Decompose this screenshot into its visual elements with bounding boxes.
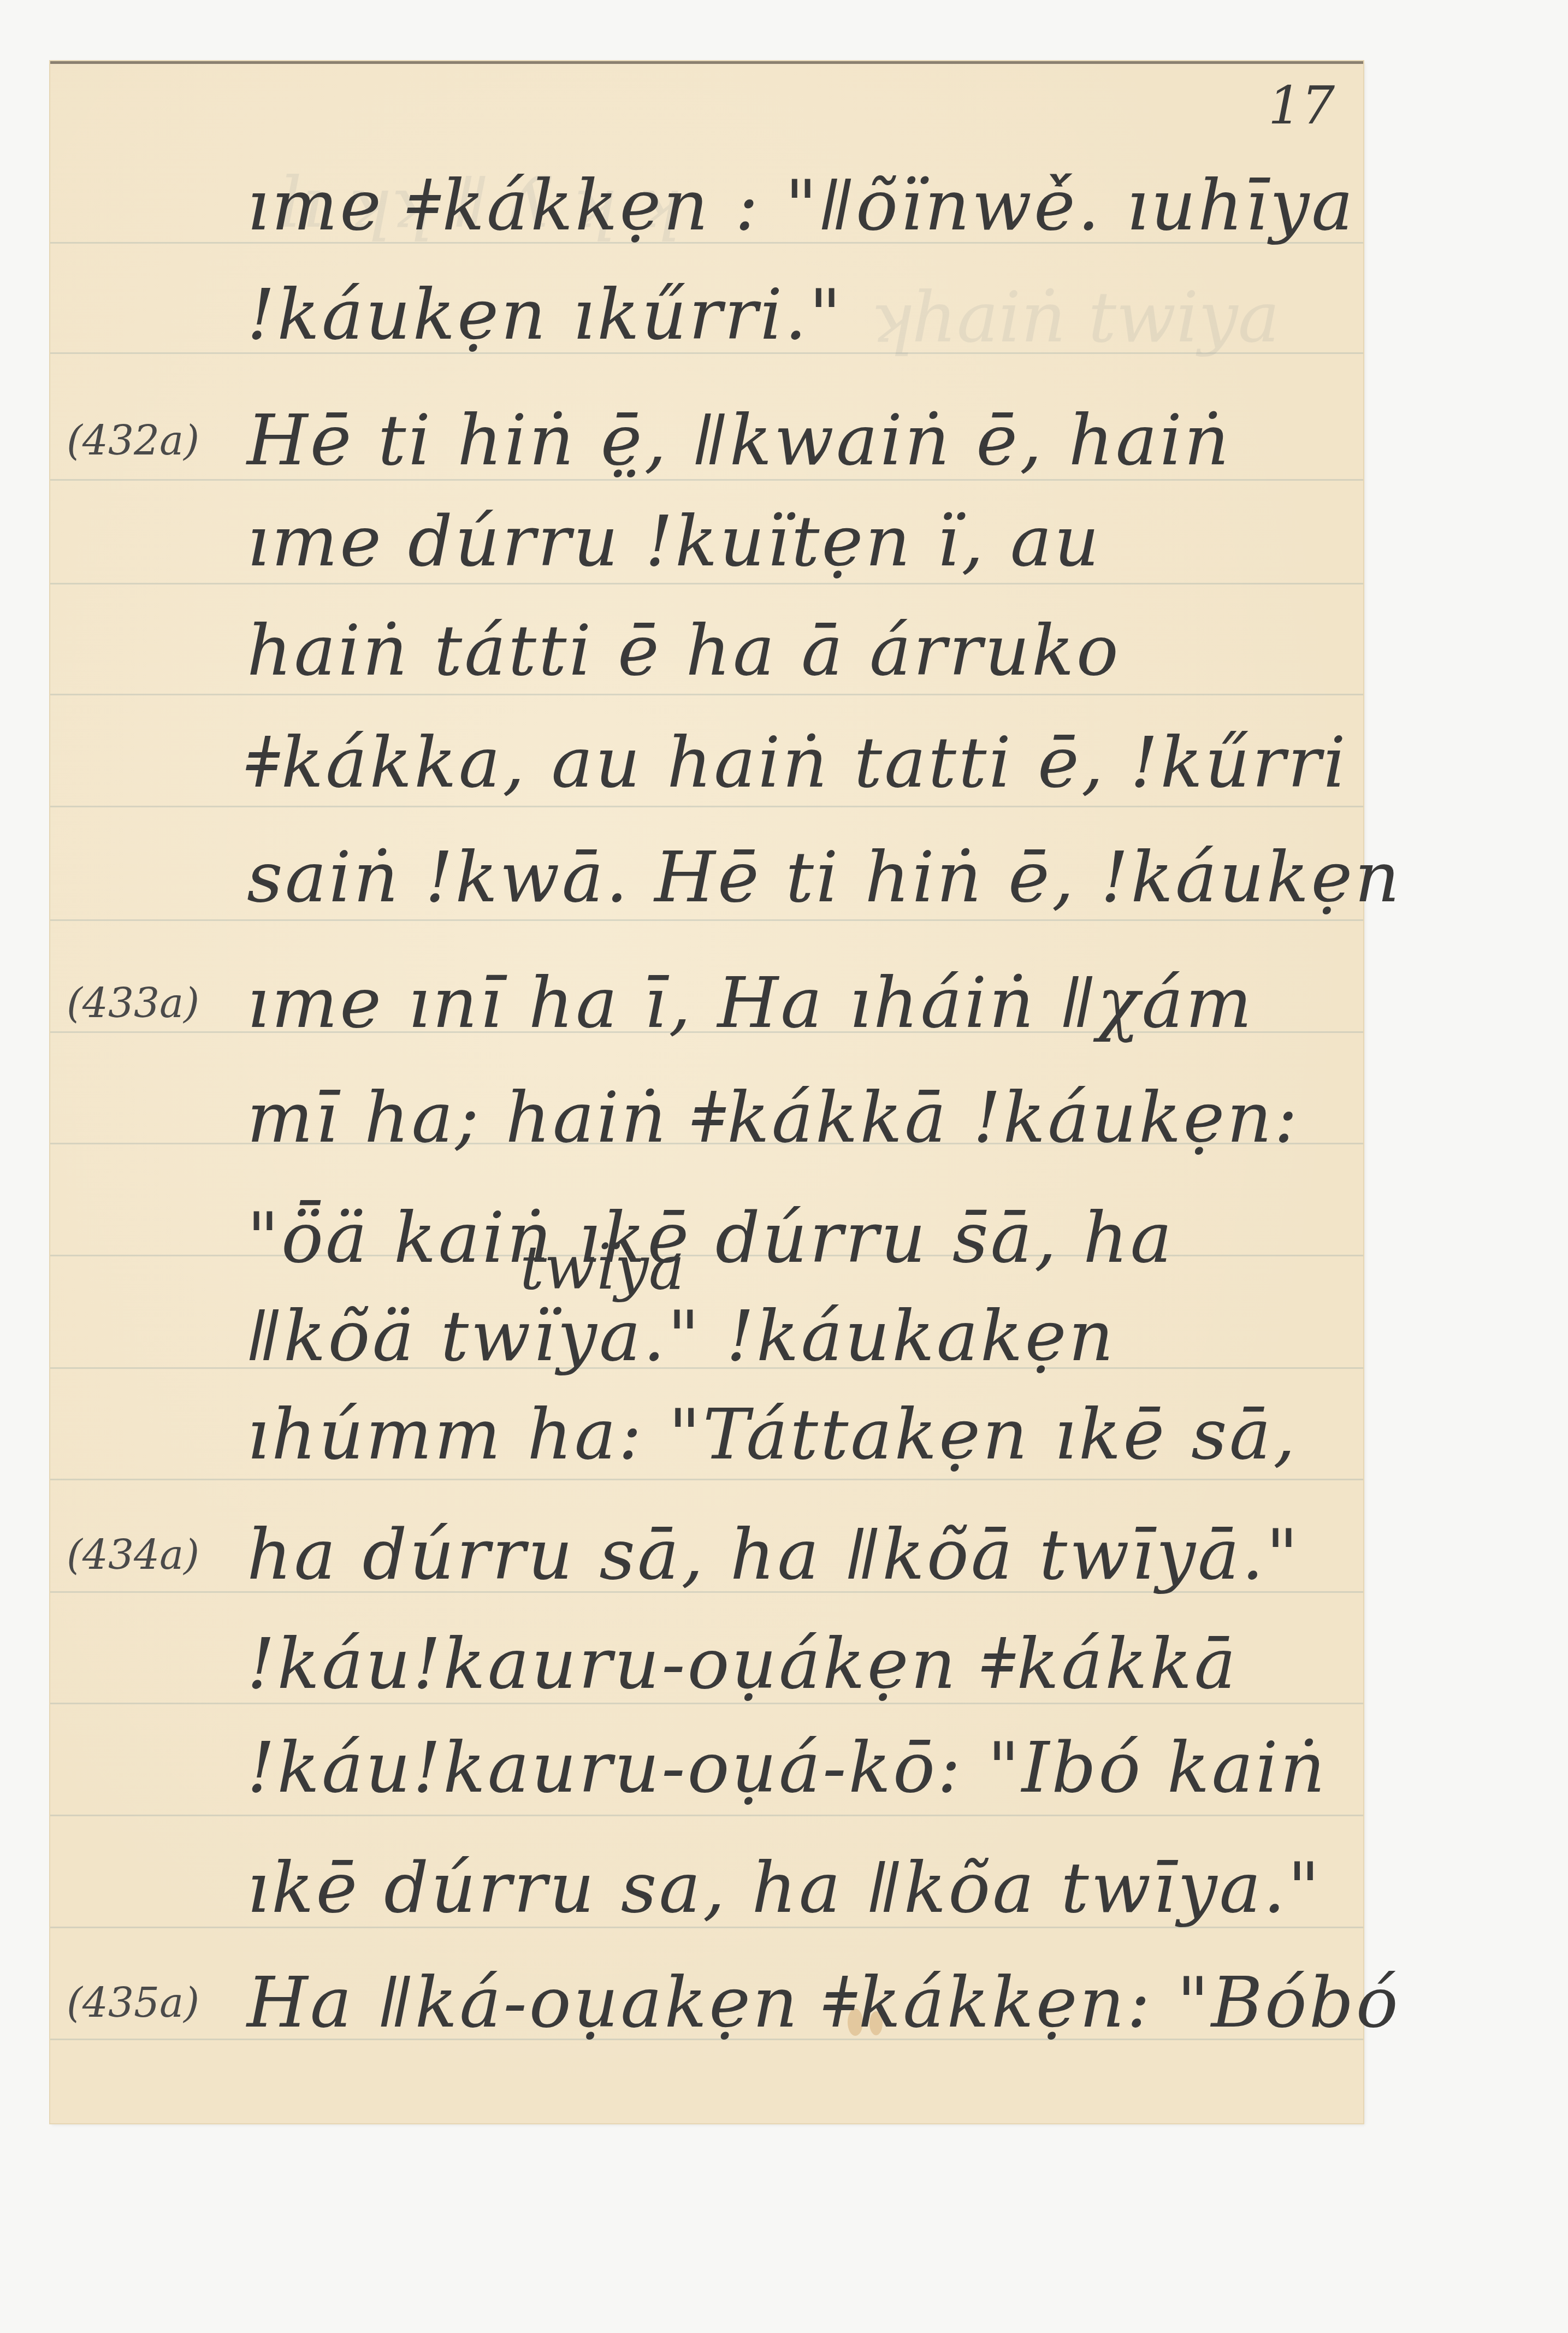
margin-label-433a: (433a) (67, 960, 199, 1047)
manuscript-line-13: ha dúrru sā, ha ǁkõā twīyā." (247, 1511, 1372, 1599)
rule-line (50, 1479, 1363, 1480)
manuscript-line-5: haiṅ tátti ē ha ā árruko (247, 607, 1372, 695)
page-number: 17 (1268, 75, 1335, 136)
manuscript-line-1: ıme ǂkákkẹn : "ǁõïnwè́. ıuhīya (247, 162, 1372, 250)
manuscript-page: lı ʞʞ ǁ ʎ ʞ ʞ ʞhaiṅ twiya 17 ıme ǂkákkẹn… (50, 61, 1363, 2123)
manuscript-line-3: Hē ti hiṅ ē̤, ǁkwaiṅ ē, haiṅ (247, 397, 1372, 485)
manuscript-line-7: saiṅ !kwā. Hē ti hiṅ ē, !káukẹn (247, 834, 1372, 922)
rule-line (50, 1815, 1363, 1816)
manuscript-line-15: !káu!kauru-oụá-kō: "Ibó kaiṅ (247, 1724, 1372, 1812)
manuscript-line-12: ıhúmm ha: "Táttakẹn ıkē sā, (247, 1391, 1372, 1479)
margin-label-434a: (434a) (67, 1511, 199, 1599)
manuscript-line-9: mī ha; haiṅ ǂkákkā !káukẹn: (247, 1074, 1372, 1162)
margin-label-435a: (435a) (67, 1959, 199, 2047)
margin-label-432a: (432a) (67, 397, 199, 485)
manuscript-line-2: !káukẹn ıkűrri." (247, 271, 1372, 359)
manuscript-line-17: Ha ǁká-oụakẹn ǂkákkẹn: "Bóbó (247, 1959, 1372, 2047)
manuscript-line-10: "ȫä kaiṅ ıkē dúrru s̄ā, ha (247, 1195, 1372, 1282)
manuscript-line-14: !káu!kauru-oụákẹn ǂkákkā (247, 1621, 1372, 1708)
manuscript-line-8: ıme ını̄ ha ī, Ha ıháiṅ ǁχám (247, 960, 1372, 1047)
manuscript-line-11: ǁkõä twïya." !káukakẹn (247, 1293, 1372, 1380)
manuscript-line-6: ǂkákka, au haiṅ tatti ē, !kűrri (247, 719, 1372, 807)
interlinear-insertion: twïya (520, 1233, 684, 1303)
line-11-text: ǁkõä twïya." !káukakẹn (247, 1296, 1116, 1377)
manuscript-line-16: ıkē dúrru sa, ha ǁkõa twīya." (247, 1845, 1372, 1932)
manuscript-line-4: ıme dúrru !kuïtẹn ï, au (247, 498, 1372, 586)
